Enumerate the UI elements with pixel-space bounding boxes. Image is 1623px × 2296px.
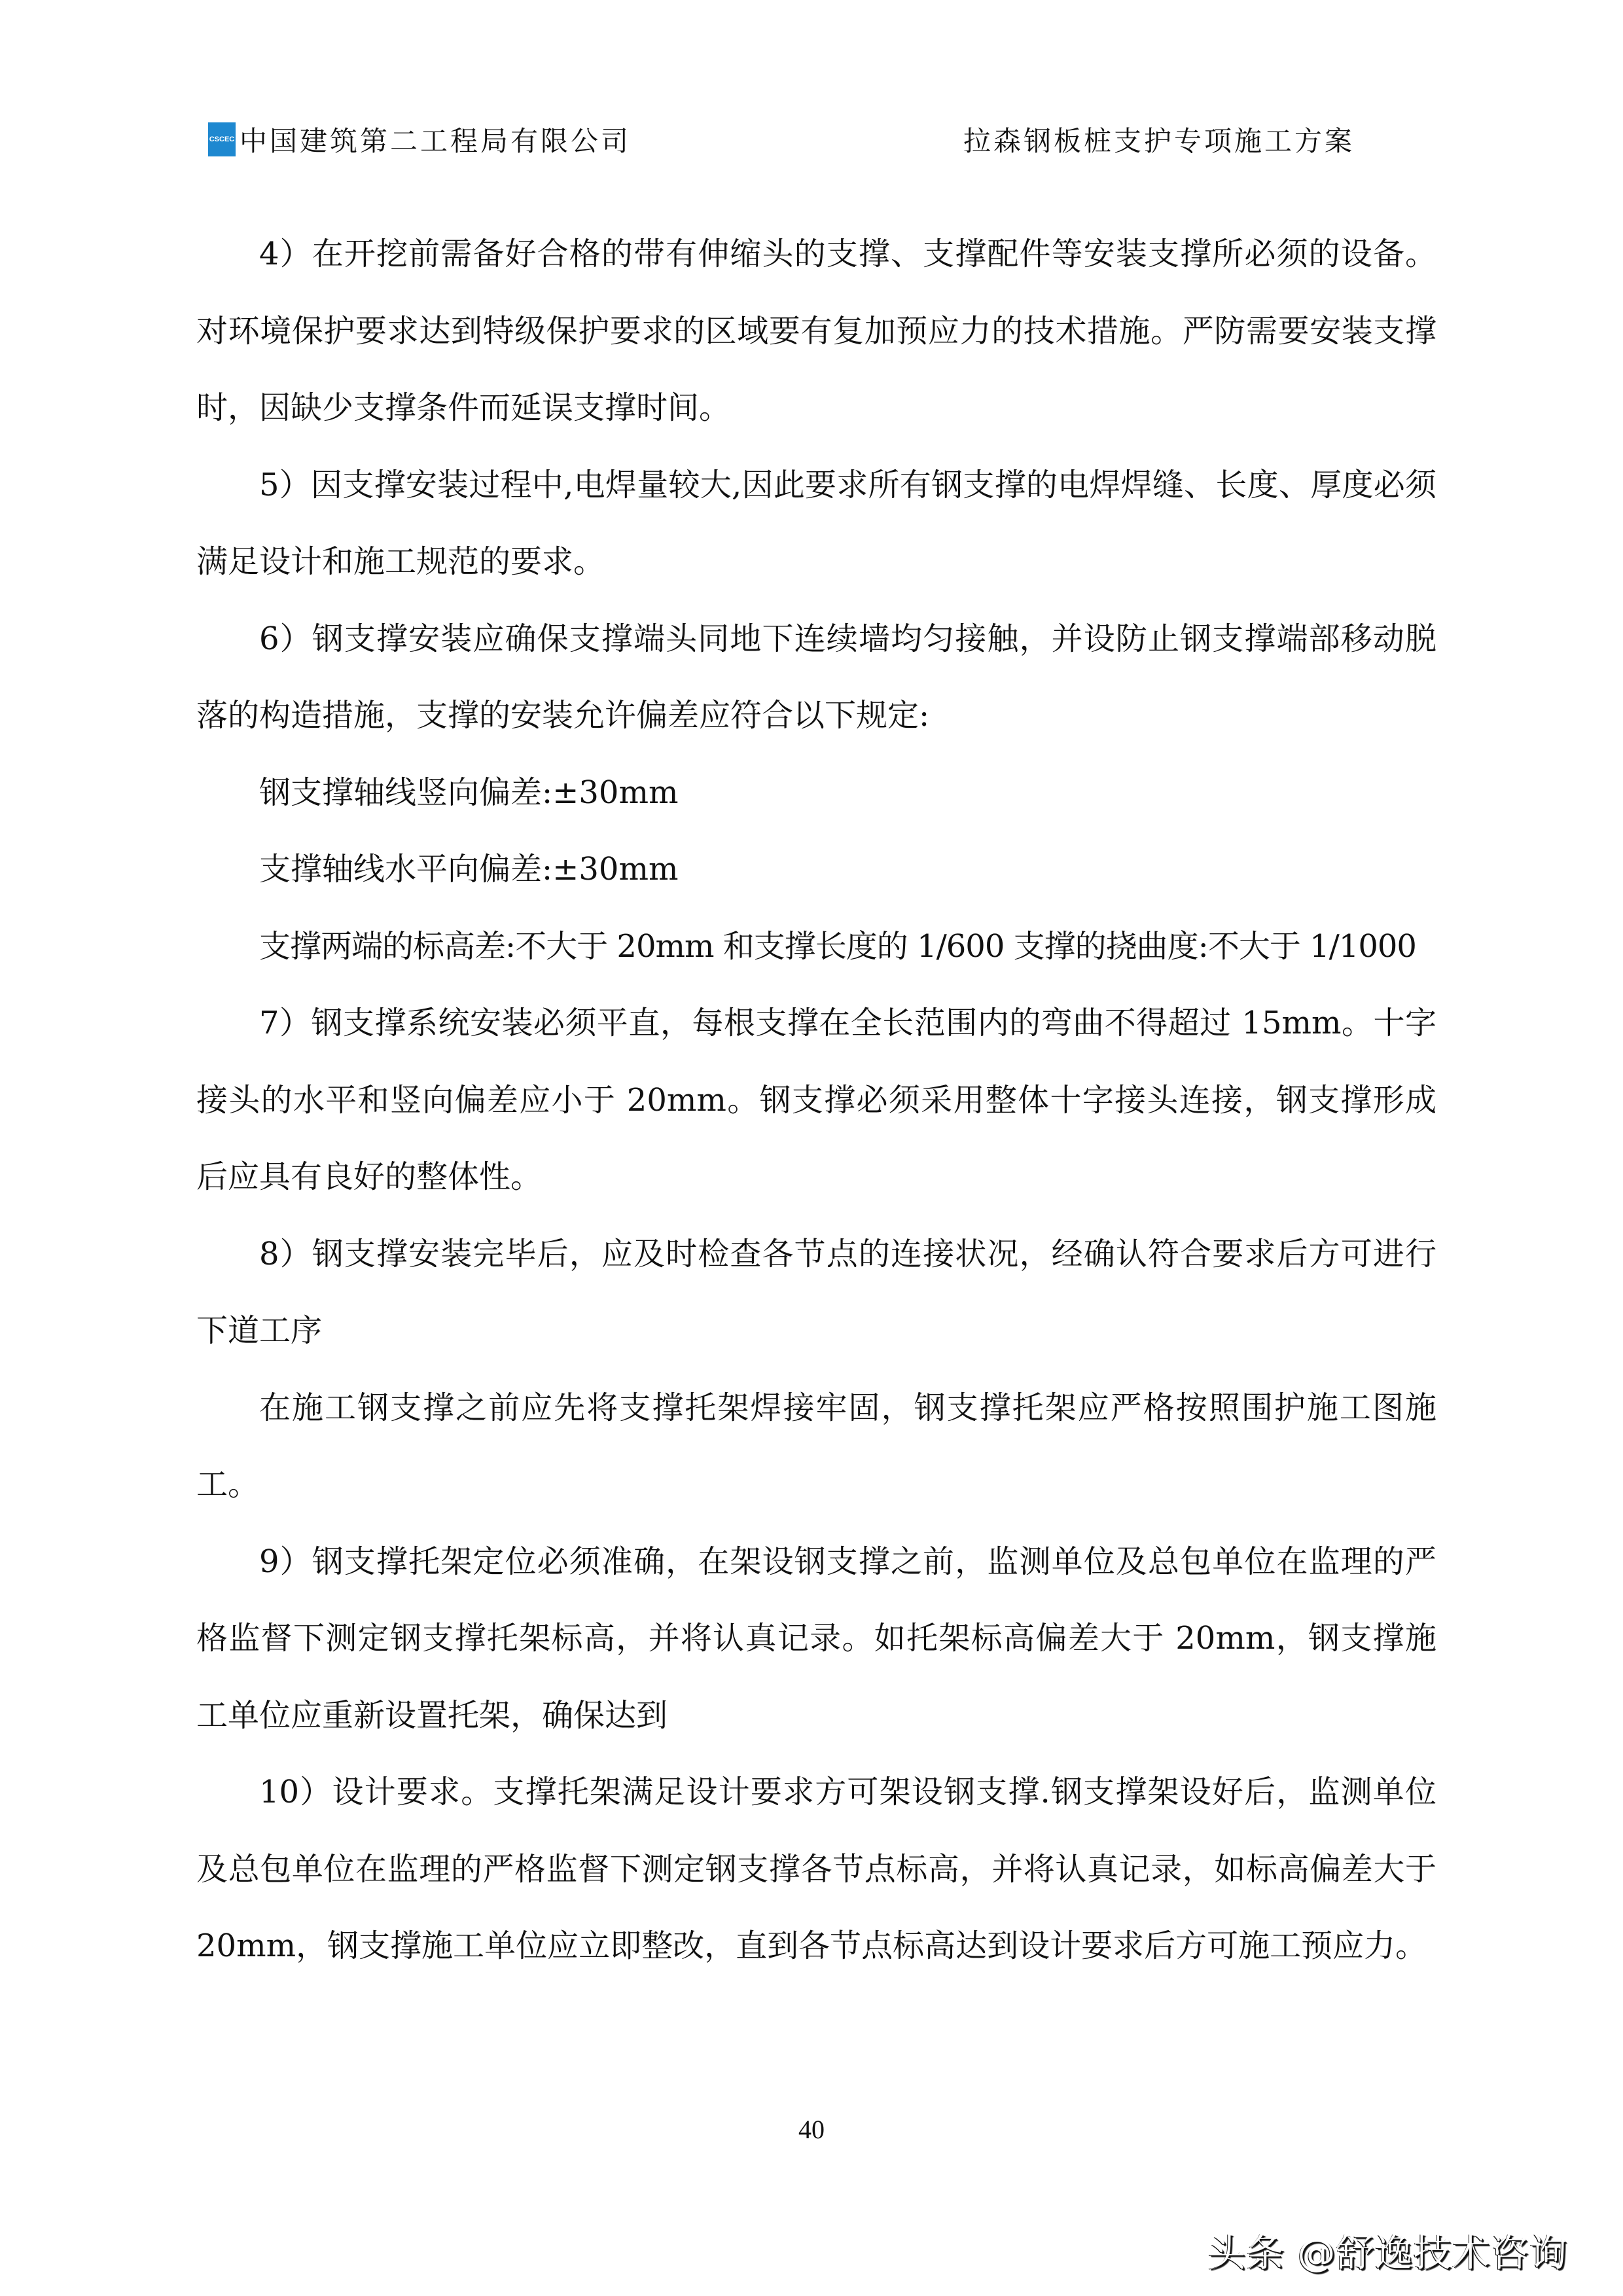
paragraph-9: 9）钢支撑托架定位必须准确，在架设钢支撑之前，监测单位及总包单位在监理的严格监督…: [196, 1524, 1436, 1755]
tolerance-vertical: 钢支撑轴线竖向偏差:±30mm: [196, 755, 1436, 832]
document-title: 拉森钢板桩支护专项施工方案: [963, 120, 1355, 159]
document-body: 4）在开挖前需备好合格的带有伸缩头的支撑、支撑配件等安装支撑所必须的设备。对环境…: [196, 216, 1436, 1985]
paragraph-4: 4）在开挖前需备好合格的带有伸缩头的支撑、支撑配件等安装支撑所必须的设备。对环境…: [196, 216, 1436, 447]
company-logo-icon: CSCEC: [208, 122, 236, 156]
paragraph-7: 7）钢支撑系统安装必须平直，每根支撑在全长范围内的弯曲不得超过 15mm。十字接…: [196, 985, 1436, 1216]
logo-text: CSCEC: [209, 136, 235, 143]
paragraph-10: 10）设计要求。支撑托架满足设计要求方可架设钢支撑.钢支撑架设好后，监测单位及总…: [196, 1754, 1436, 1985]
tolerance-elevation: 支撑两端的标高差:不大于 20mm 和支撑长度的 1/600 支撑的挠曲度:不大…: [196, 908, 1436, 986]
page-number: 40: [0, 2114, 1623, 2145]
paragraph-6: 6）钢支撑安装应确保支撑端头同地下连续墙均匀接触，并设防止钢支撑端部移动脱落的构…: [196, 601, 1436, 755]
paragraph-bracket-welding: 在施工钢支撑之前应先将支撑托架焊接牢固，钢支撑托架应严格按照围护施工图施工。: [196, 1370, 1436, 1524]
company-name: 中国建筑第二工程局有限公司: [240, 120, 631, 159]
paragraph-8: 8）钢支撑安装完毕后，应及时检查各节点的连接状况，经确认符合要求后方可进行下道工…: [196, 1216, 1436, 1370]
page-header: CSCEC 中国建筑第二工程局有限公司 拉森钢板桩支护专项施工方案: [208, 117, 1427, 162]
paragraph-5: 5）因支撑安装过程中,电焊量较大,因此要求所有钢支撑的电焊焊缝、长度、厚度必须满…: [196, 447, 1436, 601]
tolerance-horizontal: 支撑轴线水平向偏差:±30mm: [196, 831, 1436, 908]
header-company: CSCEC 中国建筑第二工程局有限公司: [208, 120, 631, 159]
watermark: 头条 @舒逸技术咨询: [1207, 2222, 1567, 2277]
